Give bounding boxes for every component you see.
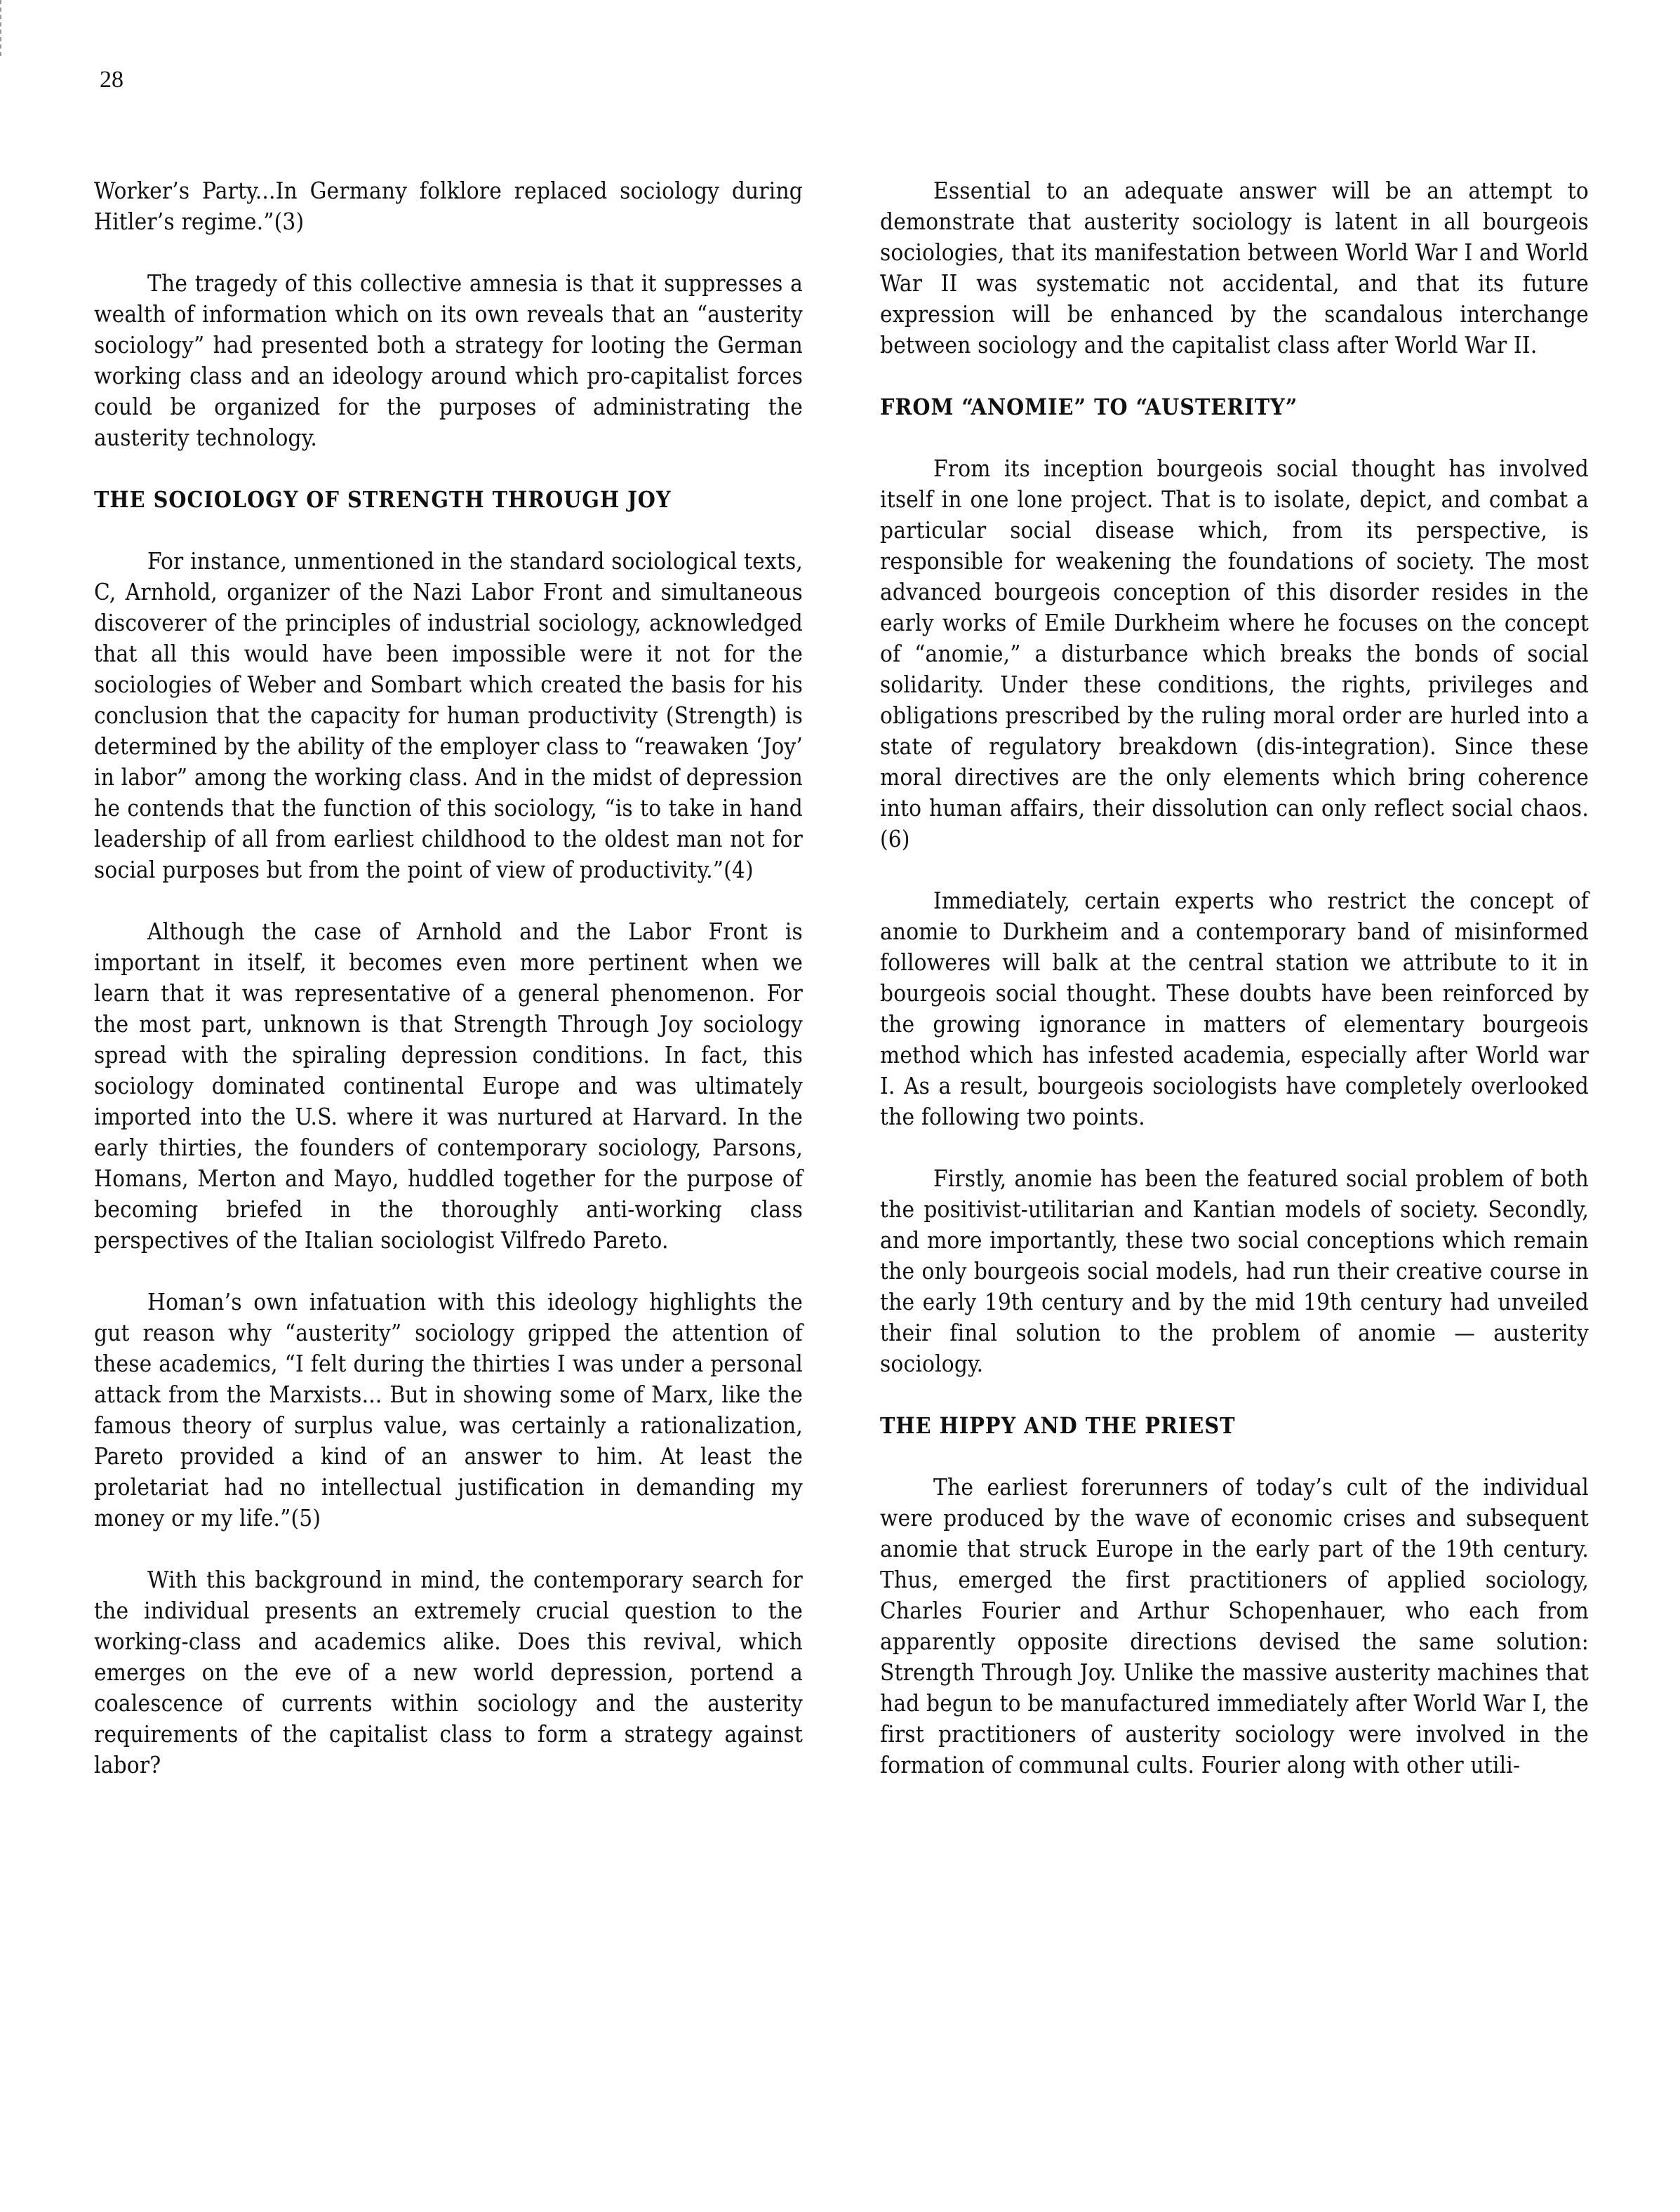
paragraph-earliest-forerunners: The earliest forerunners of today’s cult… xyxy=(880,1472,1589,1781)
paragraph-experts: Immediately, certain experts who restric… xyxy=(880,885,1589,1132)
paragraph-workers-party: Worker’s Party...In Germany folklore rep… xyxy=(94,175,803,237)
paragraph-homans: Homan’s own infatuation with this ideolo… xyxy=(94,1287,803,1534)
section-heading-hippy-and-priest: THE HIPPY AND THE PRIEST xyxy=(880,1410,1589,1441)
paragraph-arnhold: For instance, unmentioned in the standar… xyxy=(94,546,803,885)
paragraph-collective-amnesia: The tragedy of this collective amnesia i… xyxy=(94,268,803,453)
page-number: 28 xyxy=(100,66,124,94)
paragraph-labor-front: Although the case of Arnhold and the Lab… xyxy=(94,916,803,1256)
left-column: Worker’s Party...In Germany folklore rep… xyxy=(94,175,803,1811)
section-heading-anomie-to-austerity: FROM “ANOMIE” TO “AUSTERITY” xyxy=(880,391,1589,422)
paragraph-essential-answer: Essential to an adequate answer will be … xyxy=(880,175,1589,361)
paragraph-background: With this background in mind, the contem… xyxy=(94,1564,803,1781)
paragraph-firstly: Firstly, anomie has been the featured so… xyxy=(880,1163,1589,1379)
paragraph-bourgeois-thought: From its inception bourgeois social thou… xyxy=(880,453,1589,854)
section-heading-strength-through-joy: THE SOCIOLOGY OF STRENGTH THROUGH JOY xyxy=(94,484,803,515)
scan-edge-marks xyxy=(0,0,4,56)
right-column: Essential to an adequate answer will be … xyxy=(880,175,1589,1811)
